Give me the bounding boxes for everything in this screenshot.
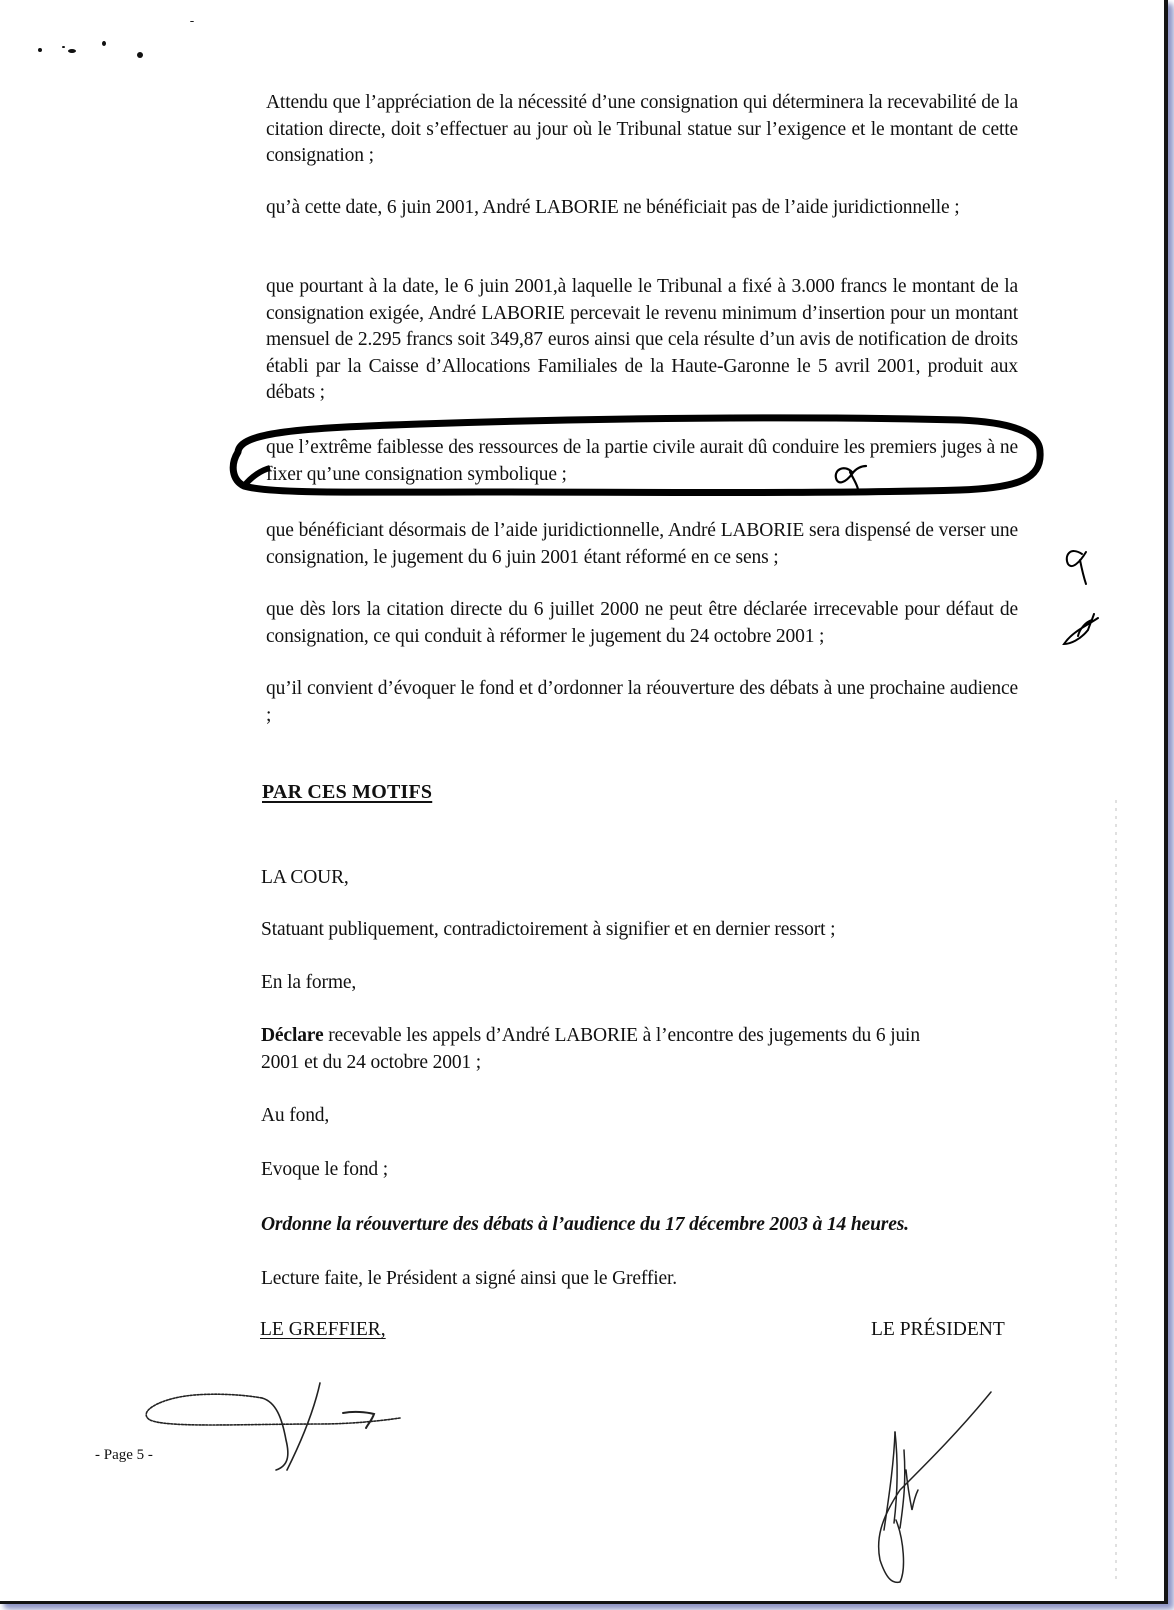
lecture-faite: Lecture faite, le Président a signé ains… (261, 1266, 677, 1293)
paragraph-attendu: Attendu que l’appréciation de la nécessi… (266, 90, 1018, 170)
declare-keyword: Déclare (261, 1025, 323, 1046)
page-number: - Page 5 - (95, 1447, 153, 1464)
section-heading: PAR CES MOTIFS (262, 781, 432, 804)
evoque-le-fond: Evoque le fond ; (261, 1157, 388, 1184)
statuant-line: Statuant publiquement, contradictoiremen… (261, 917, 835, 944)
alpha-mark-icon (1067, 551, 1086, 584)
la-cour: LA COUR, (261, 865, 349, 892)
paragraph-aide-juridictionnelle: que bénéficiant désormais de l’aide juri… (266, 518, 1018, 571)
paragraph-date-aide: qu’à cette date, 6 juin 2001, André LABO… (266, 195, 1018, 222)
declare-line-2: 2001 et du 24 octobre 2001 ; (261, 1050, 481, 1077)
paragraph-citation-directe: que dès lors la citation directe du 6 ju… (266, 597, 1018, 650)
declare-text: recevable les appels d’André LABORIE à l… (323, 1025, 919, 1046)
en-la-forme: En la forme, (261, 970, 356, 997)
president-label: LE PRÉSIDENT (871, 1319, 1005, 1341)
paragraph-revenu: que pourtant à la date, le 6 juin 2001,à… (266, 274, 1018, 407)
scan-edge-trace (1115, 800, 1117, 1580)
document-page: Attendu que l’appréciation de la nécessi… (0, 0, 1168, 1604)
au-fond: Au fond, (261, 1103, 329, 1130)
alpha-mark-icon (1064, 614, 1098, 644)
ordonne-reouverture: Ordonne la réouverture des débats à l’au… (261, 1212, 909, 1239)
paragraph-evoquer-fond: qu’il convient d’évoquer le fond et d’or… (266, 676, 1018, 729)
greffier-signature (146, 1383, 400, 1470)
paragraph-highlighted-consignation: que l’extrême faiblesse des ressources d… (266, 435, 1018, 488)
declare-line-1: Déclare recevable les appels d’André LAB… (261, 1023, 920, 1050)
greffier-label: LE GREFFIER, (260, 1319, 386, 1341)
handwritten-annotations (0, 0, 1164, 1601)
president-signature (879, 1392, 991, 1582)
